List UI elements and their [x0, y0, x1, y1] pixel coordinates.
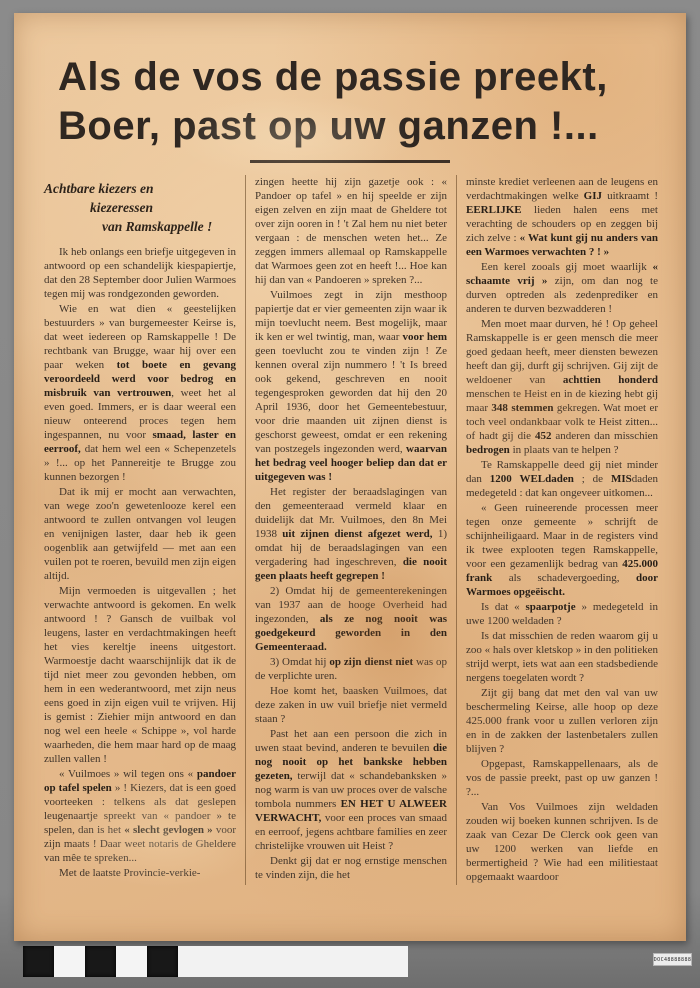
paragraph: Dat ik mij er mocht aan verwachten, van …	[44, 485, 236, 583]
column-3: minste krediet verleenen aan de leugens …	[456, 175, 658, 885]
paragraph: Denkt gij dat er nog ernstige menschen t…	[255, 854, 447, 882]
salutation-line-2: kiezeressen	[44, 198, 236, 217]
paragraph: Mijn vermoeden is uitgevallen ; het verw…	[44, 584, 236, 766]
calibration-scale-bar	[23, 946, 408, 977]
title-line-2: Boer, past op uw ganzen !...	[58, 102, 672, 151]
salutation-line-1: Achtbare kiezers en	[44, 179, 236, 198]
paragraph: « Vuilmoes » wil tegen ons « pandoer op …	[44, 767, 236, 865]
column-1: Achtbare kiezers en kiezeressen van Rams…	[44, 175, 245, 885]
sticker-code: DOC48888888	[654, 957, 692, 963]
title-underline	[250, 160, 450, 163]
scale-square-white	[116, 946, 147, 977]
paragraph: minste krediet verleenen aan de leugens …	[466, 175, 658, 259]
scale-square-white	[54, 946, 85, 977]
paragraph: Van Vos Vuilmoes zijn weldaden zouden wi…	[466, 800, 658, 884]
scale-square-black	[85, 946, 116, 977]
inventory-sticker: DOC48888888	[653, 953, 692, 966]
column-2: zingen heette hij zijn gazetje ook : « P…	[245, 175, 456, 885]
scale-square-black	[23, 946, 54, 977]
scale-white-bar	[178, 946, 408, 977]
paragraph: 2) Omdat hij de gemeenterekeningen van 1…	[255, 584, 447, 654]
pamphlet-title: Als de vos de passie preekt, Boer, past …	[58, 53, 672, 151]
paragraph: Vuilmoes zegt in zijn mesthoop papiertje…	[255, 288, 447, 484]
paragraph: Ik heb onlangs een briefje uitgegeven in…	[44, 245, 236, 301]
paragraph: « Geen ruineerende processen meer tegen …	[466, 501, 658, 599]
paragraph: Past het aan een persoon die zich in uwe…	[255, 727, 447, 853]
page-background: { "colors": { "background_gray": "#87878…	[0, 0, 700, 988]
paragraph: Een kerel zooals gij moet waarlijk « sch…	[466, 260, 658, 316]
paragraph: Men moet maar durven, hé ! Op geheel Ram…	[466, 317, 658, 457]
paragraph: Het register der beraadslagingen van den…	[255, 485, 447, 583]
body-text-area: Achtbare kiezers en kiezeressen van Rams…	[44, 175, 658, 885]
scanned-pamphlet: Als de vos de passie preekt, Boer, past …	[14, 13, 686, 941]
paragraph: Is dat misschien de reden waarom gij u z…	[466, 629, 658, 685]
paragraph: Hoe komt het, baasken Vuilmoes, dat deze…	[255, 684, 447, 726]
paragraph: Is dat « spaarpotje » medegeteld in uwe …	[466, 600, 658, 628]
paragraph: Wie en wat dien « geestelijken bestuurde…	[44, 302, 236, 484]
title-line-1: Als de vos de passie preekt,	[58, 53, 672, 102]
salutation-line-3: van Ramskappelle !	[44, 217, 236, 236]
paragraph: Met de laatste Provincie-verkie-	[44, 866, 236, 880]
paragraph: zingen heette hij zijn gazetje ook : « P…	[255, 175, 447, 287]
paragraph: Opgepast, Ramskappellenaars, als de vos …	[466, 757, 658, 799]
salutation-heading: Achtbare kiezers en kiezeressen van Rams…	[44, 179, 236, 236]
scale-square-black	[147, 946, 178, 977]
paragraph: Zijt gij bang dat met den val van uw bes…	[466, 686, 658, 756]
paragraph: 3) Omdat hij op zijn dienst niet was op …	[255, 655, 447, 683]
paragraph: Te Ramskappelle deed gij niet minder dan…	[466, 458, 658, 500]
